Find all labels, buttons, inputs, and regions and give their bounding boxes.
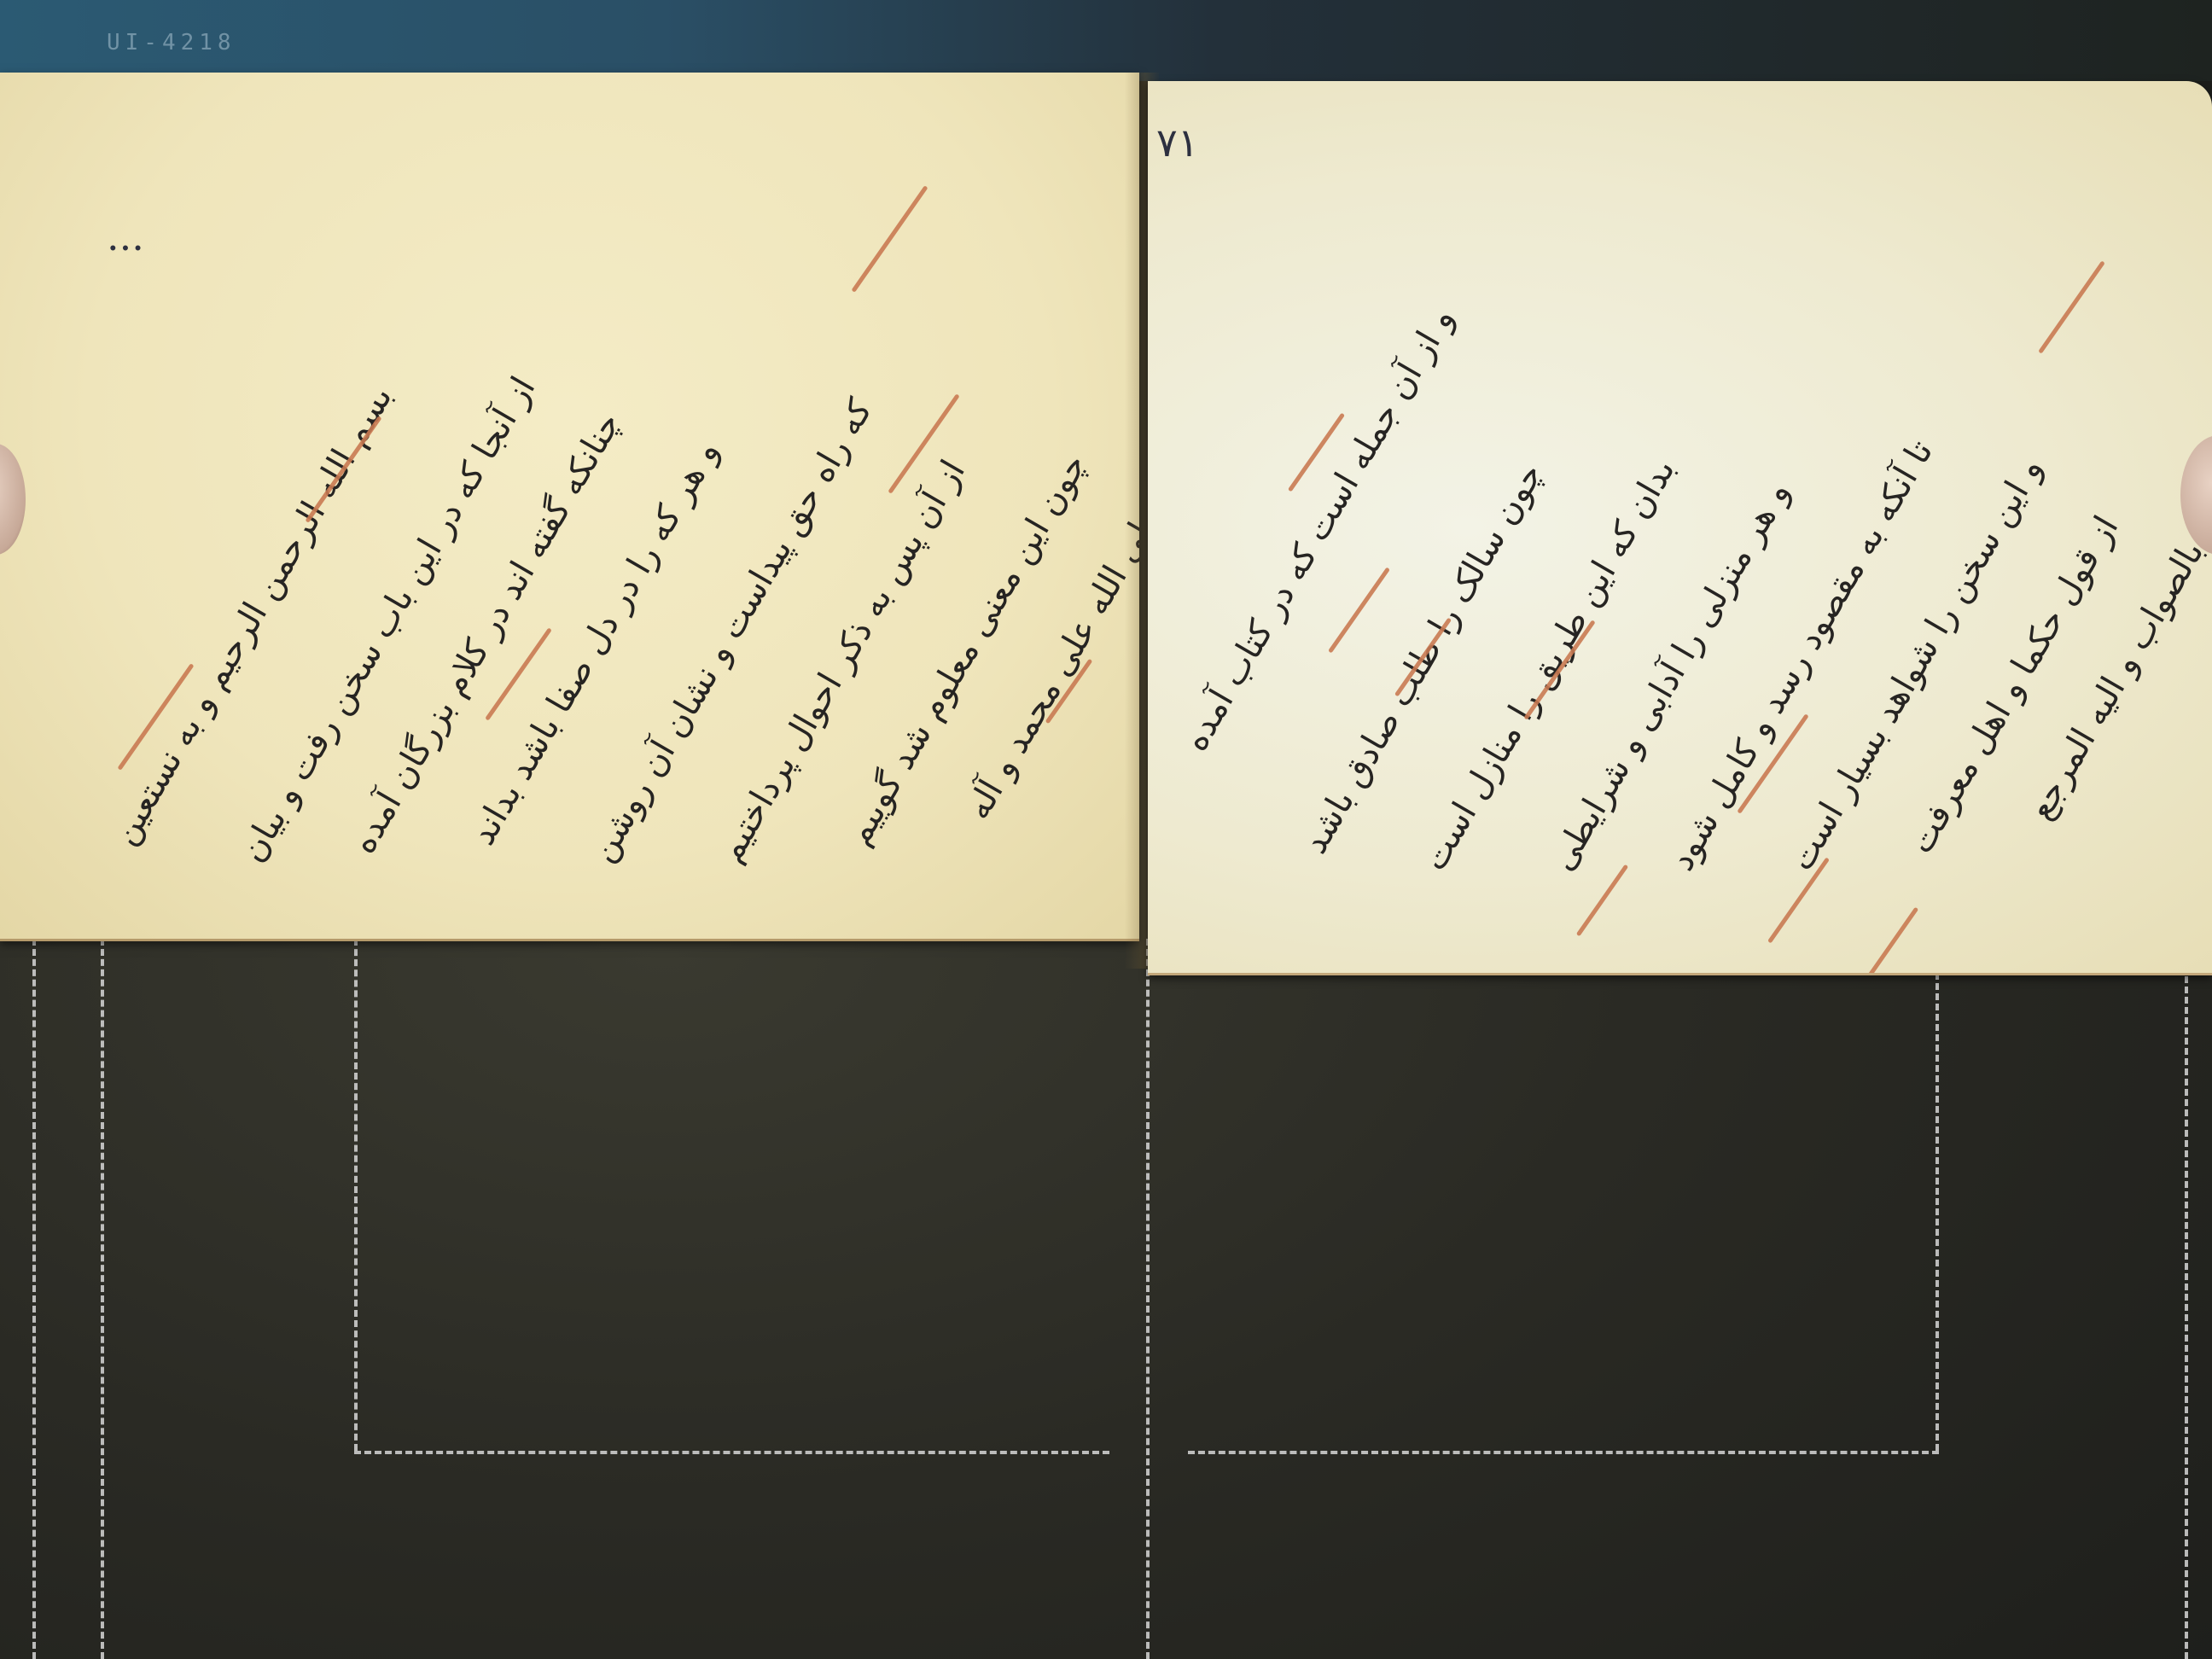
left-page: ... بسم الله الرحمن الرحیم و به نستعین ا… — [0, 73, 1139, 941]
rubric-mark — [1767, 857, 1830, 943]
shelf-label: UI-4218 — [107, 30, 236, 55]
background-top-strip — [0, 0, 2212, 81]
stitch-line — [354, 939, 358, 1451]
stitch-line — [354, 1451, 1109, 1454]
page-number: ٧١ — [1156, 119, 1198, 166]
stitch-line — [1188, 1451, 1939, 1454]
right-page: ٧١ و از آن جمله است که در کتاب آمده چون … — [1148, 81, 2212, 975]
rubric-mark — [1866, 907, 1918, 975]
stitch-line — [32, 939, 36, 1659]
catchword: ... — [107, 213, 144, 259]
stitch-line — [1935, 973, 1939, 1451]
rubric-mark — [1328, 567, 1390, 653]
rubric-mark — [1576, 864, 1628, 937]
stitch-line — [1146, 939, 1150, 1659]
text-line: و از آن جمله است که در کتاب آمده — [1176, 147, 1547, 755]
stitch-line — [101, 939, 104, 1659]
